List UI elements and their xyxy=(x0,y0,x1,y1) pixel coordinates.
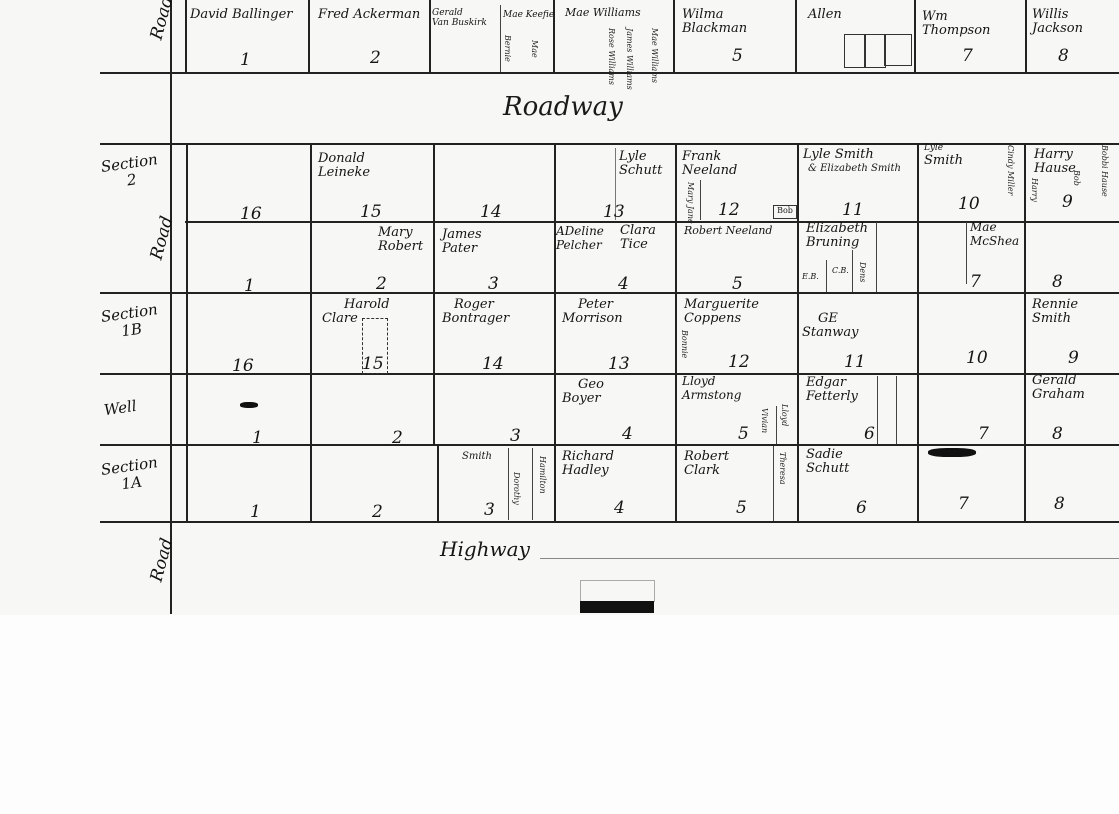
well-mark xyxy=(240,402,258,408)
owner-name-vertical: Bobbi Hause xyxy=(1100,145,1109,197)
owner-name: JamesPater xyxy=(442,228,482,256)
lot-number: 14 xyxy=(480,202,502,222)
sub-plot-line xyxy=(532,448,533,520)
owner-name: WillisJackson xyxy=(1032,8,1083,36)
lot-number: 7 xyxy=(962,46,973,66)
lot-number: 8 xyxy=(1052,424,1063,444)
owner-name: WilmaBlackman xyxy=(682,8,747,36)
lot-number: 8 xyxy=(1054,494,1065,514)
owner-name: RogerBontrager xyxy=(442,298,509,326)
owner-name: Fred Ackerman xyxy=(318,8,420,22)
lot-number: 10 xyxy=(966,348,988,368)
sub-plot-line xyxy=(966,222,967,284)
lot-number: 7 xyxy=(978,424,989,444)
owner-name: ADelinePelcher xyxy=(556,224,604,252)
highway-dashed-line xyxy=(540,558,1119,559)
lot-number: 12 xyxy=(728,352,750,372)
lot-number: 3 xyxy=(488,274,499,294)
section-1a-label: Section1A xyxy=(100,454,161,496)
owner-name: ClaraTice xyxy=(620,224,656,252)
grid-line xyxy=(914,0,916,72)
lot-number: 3 xyxy=(484,500,495,520)
owner-initials: C.B. xyxy=(832,266,849,276)
lot-number: 16 xyxy=(240,204,262,224)
section-2-label: Section2 xyxy=(100,151,161,193)
owner-name: MaeMcShea xyxy=(970,220,1019,248)
owner-name-vertical: Harry xyxy=(1030,178,1039,202)
lot-number: 2 xyxy=(376,274,387,294)
lot-number: 9 xyxy=(1062,192,1073,212)
owner-name-vertical: Cindy Miller xyxy=(1006,145,1015,195)
lot-number: 1 xyxy=(244,276,255,296)
lot-number: 15 xyxy=(362,354,384,374)
owner-name: LyleSchutt xyxy=(619,150,662,178)
grid-line xyxy=(308,0,310,72)
road-edge-line xyxy=(170,0,172,614)
sub-plot xyxy=(884,34,912,66)
sub-plot-line xyxy=(877,376,878,444)
grid-line xyxy=(429,0,431,72)
lot-number: 11 xyxy=(842,200,864,220)
lot-number: 8 xyxy=(1052,272,1063,292)
owner-name-vertical: Bob xyxy=(1072,170,1081,186)
sub-plot-line xyxy=(852,250,853,292)
sub-plot xyxy=(864,34,886,68)
road-label: Road xyxy=(147,536,178,584)
owner-name-vertical: Mae Williams xyxy=(650,28,659,83)
lot-number: 7 xyxy=(970,272,981,292)
owner-name: RobertClark xyxy=(684,450,729,478)
lot-number: 2 xyxy=(372,502,383,522)
road-label: Road xyxy=(147,0,178,42)
grid-line xyxy=(675,143,677,521)
owner-name-vertical: Lloyd xyxy=(780,404,789,426)
owner-name: PeterMorrison xyxy=(562,298,623,326)
lot-number: 14 xyxy=(482,354,504,374)
lot-number: 12 xyxy=(718,200,740,220)
grid-line xyxy=(797,143,799,521)
lot-number: 5 xyxy=(736,498,747,518)
lot-number: 2 xyxy=(370,48,381,68)
owner-name: MaryRobert xyxy=(378,226,423,254)
owner-name-vertical: Vivian xyxy=(760,408,769,433)
owner-name: HarryHause xyxy=(1034,148,1076,176)
lot-number: 15 xyxy=(360,202,382,222)
owner-name: David Ballinger xyxy=(190,8,293,22)
owner-name: SadieSchutt xyxy=(806,448,849,476)
sub-plot-line xyxy=(826,260,827,292)
grid-line xyxy=(917,143,919,521)
lot-number: 9 xyxy=(1068,348,1079,368)
lot-number: 13 xyxy=(603,202,625,222)
lot-number: 4 xyxy=(622,424,633,444)
grid-line xyxy=(437,444,439,521)
owner-name: LyleSmith xyxy=(924,140,963,168)
grid-line xyxy=(500,5,501,72)
sub-plot-line xyxy=(776,406,777,444)
owner-name: GeoBoyer xyxy=(562,378,604,406)
owner-name-vertical: Mae xyxy=(530,40,539,58)
owner-name: Allen xyxy=(808,8,842,22)
owner-name: RichardHadley xyxy=(562,450,614,478)
owner-name: EdgarFetterly xyxy=(806,376,858,404)
lot-number: 16 xyxy=(232,356,254,376)
lot-number: 2 xyxy=(392,428,403,448)
sub-plot-line xyxy=(508,448,509,520)
lot-number: 1 xyxy=(240,50,251,70)
stamp-box xyxy=(580,580,655,602)
lot-number: 3 xyxy=(510,426,521,446)
owner-name: WmThompson xyxy=(922,10,990,38)
grid-line xyxy=(310,143,312,521)
well-label: Well xyxy=(103,398,138,419)
grid-line xyxy=(100,143,1119,145)
sub-plot-line xyxy=(700,180,701,220)
owner-name-vertical: Bernie xyxy=(503,35,512,62)
lot-number: 5 xyxy=(732,46,743,66)
sub-plot-line xyxy=(876,222,877,292)
owner-initials: E.B. xyxy=(802,272,819,282)
grid-line xyxy=(433,143,435,444)
owner-name-vertical: Dorothy xyxy=(512,472,521,505)
owner-name: & Elizabeth Smith xyxy=(808,164,901,174)
grid-line xyxy=(554,143,556,521)
lot-number: 7 xyxy=(958,494,969,514)
lot-number: 6 xyxy=(864,424,875,444)
owner-name: Mae Keefie xyxy=(503,10,554,20)
lot-number: 5 xyxy=(738,424,749,444)
grid-line xyxy=(1025,0,1027,72)
owner-name-vertical: Bonnie xyxy=(680,330,689,358)
redaction-mark xyxy=(928,448,976,457)
lot-number: 4 xyxy=(618,274,629,294)
roadway-label: Roadway xyxy=(503,92,623,122)
owner-name-vertical: Rose Williams xyxy=(607,28,616,85)
stamp-bar xyxy=(580,601,654,613)
lot-number: 4 xyxy=(614,498,625,518)
owner-name: GeraldGraham xyxy=(1032,374,1085,402)
grid-line xyxy=(186,143,188,521)
road-label: Road xyxy=(147,214,178,262)
owner-name: RennieSmith xyxy=(1032,298,1078,326)
owner-name: GeraldVan Buskirk xyxy=(432,8,487,28)
owner-name-vertical: Mary Jane xyxy=(686,182,695,224)
lot-number: 1 xyxy=(252,428,263,448)
owner-name: DonaldLeineke xyxy=(318,152,370,180)
owner-name-vertical: James Williams xyxy=(625,28,634,90)
owner-name: Mae Williams xyxy=(565,8,641,18)
owner-name: Lyle Smith xyxy=(803,148,874,162)
owner-name-vertical: Dens xyxy=(858,262,867,282)
owner-name: GEStanway xyxy=(802,312,858,340)
grid-line xyxy=(795,0,797,72)
owner-name: ElizabethBruning xyxy=(806,222,868,250)
owner-name-boxed: Bob xyxy=(773,205,797,219)
lot-number: 8 xyxy=(1058,46,1069,66)
sub-plot xyxy=(844,34,866,68)
grid-line xyxy=(185,0,187,72)
lot-number: 5 xyxy=(732,274,743,294)
owner-name: Robert Neeland xyxy=(684,226,772,236)
plot-map-sheet: Roadway Highway Road Road Road Well Sect… xyxy=(0,0,1119,615)
lot-number: 10 xyxy=(958,194,980,214)
sub-plot-line xyxy=(896,376,897,444)
owner-name-vertical: Theresa xyxy=(778,452,787,485)
lot-number: 1 xyxy=(250,502,261,522)
owner-name: FrankNeeland xyxy=(682,150,737,178)
owner-name-vertical: Hamilton xyxy=(538,456,547,494)
grid-line xyxy=(1024,143,1026,521)
owner-name: MargueriteCoppens xyxy=(684,298,759,326)
lot-number: 13 xyxy=(608,354,630,374)
lot-number: 11 xyxy=(844,352,866,372)
lot-number: 6 xyxy=(856,498,867,518)
section-1b-label: Section1B xyxy=(100,301,161,343)
owner-name: Smith xyxy=(462,452,492,462)
sub-plot-line xyxy=(773,446,774,521)
highway-label: Highway xyxy=(440,542,530,556)
grid-line xyxy=(673,0,675,72)
owner-name: LloydArmstong xyxy=(682,374,741,402)
